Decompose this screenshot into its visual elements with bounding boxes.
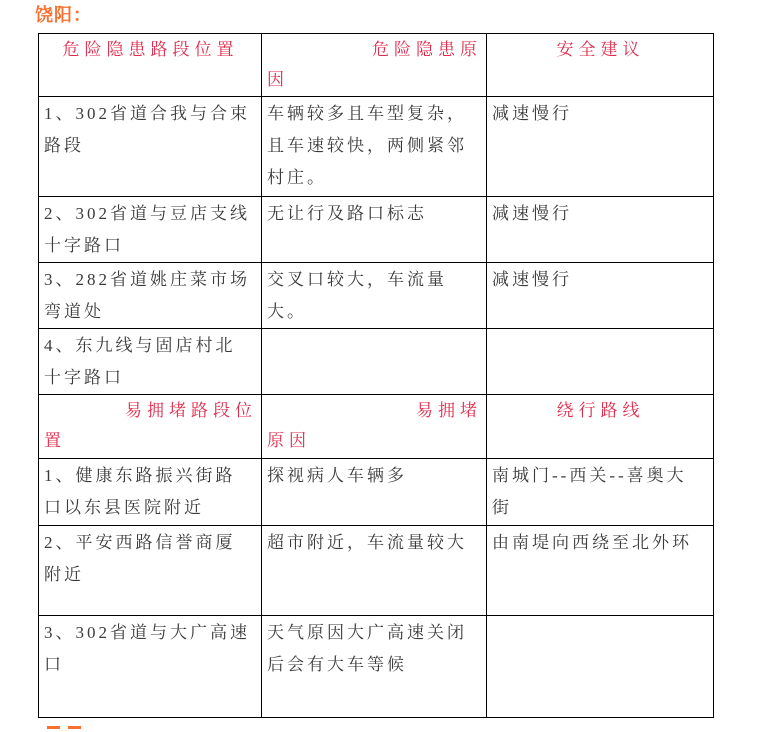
- cause-cell: [262, 329, 487, 395]
- cell-text: 1、健康东路振兴街路: [44, 460, 257, 492]
- congestion-header-row: 易拥堵路段位 置 易拥堵 原因 绕行路线: [39, 395, 714, 459]
- cell-text: 后会有大车等候: [267, 649, 482, 681]
- cell-text: 1、302省道合我与合束: [44, 98, 257, 130]
- congestion-location-header-cell: 易拥堵路段位 置: [39, 395, 262, 459]
- cell-text: 超市附近，车流量较大: [267, 527, 482, 559]
- location-cell: 1、302省道合我与合束 路段: [39, 97, 262, 197]
- location-cell: 3、282省道姚庄菜市场 弯道处: [39, 263, 262, 329]
- table-row: 2、平安西路信誉商厦 附近 超市附近，车流量较大 由南堤向西绕至北外环: [39, 526, 714, 616]
- cause-cell: 交叉口较大，车流量 大。: [262, 263, 487, 329]
- header-text: 因: [267, 65, 482, 95]
- cell-text: 车辆较多且车型复杂，: [267, 98, 482, 130]
- cell-text: 由南堤向西绕至北外环: [492, 527, 709, 559]
- cell-text: 大。: [267, 296, 482, 328]
- cell-text: 无让行及路口标志: [267, 198, 482, 230]
- table-row: 1、302省道合我与合束 路段 车辆较多且车型复杂， 且车速较快，两侧紧邻 村庄…: [39, 97, 714, 197]
- cell-text: 交叉口较大，车流量: [267, 264, 482, 296]
- page-title: 饶阳：: [35, 5, 92, 27]
- header-text: 危险隐患原: [267, 35, 482, 65]
- location-cell: 3、302省道与大广高速 口: [39, 616, 262, 718]
- cell-text: 村庄。: [267, 162, 482, 194]
- cell-text: 且车速较快，两侧紧邻: [267, 130, 482, 162]
- cell-text: 路段: [44, 130, 257, 162]
- cell-text: 弯道处: [44, 296, 257, 328]
- header-text: 置: [44, 426, 257, 456]
- next-heading-partial-stroke: [47, 726, 60, 729]
- cell-text: 街: [492, 492, 709, 524]
- location-cell: 2、平安西路信誉商厦 附近: [39, 526, 262, 616]
- header-text: 安全建议: [492, 35, 709, 65]
- advice-cell: 减速慢行: [487, 197, 714, 263]
- detour-cell: 由南堤向西绕至北外环: [487, 526, 714, 616]
- header-text: 危险隐患路段位置: [44, 35, 257, 65]
- table-row: 3、282省道姚庄菜市场 弯道处 交叉口较大，车流量 大。 减速慢行: [39, 263, 714, 329]
- cause-cell: 无让行及路口标志: [262, 197, 487, 263]
- cell-text: 2、平安西路信誉商厦: [44, 527, 257, 559]
- advice-cell: [487, 329, 714, 395]
- cell-text: 减速慢行: [492, 98, 709, 130]
- cell-text: 十字路口: [44, 230, 257, 262]
- table-row: 1、健康东路振兴街路 口以东县医院附近 探视病人车辆多 南城门--西关--喜奥大…: [39, 459, 714, 526]
- header-text: 易拥堵: [267, 396, 482, 426]
- hazard-location-header-cell: 危险隐患路段位置: [39, 34, 262, 97]
- cause-cell: 车辆较多且车型复杂， 且车速较快，两侧紧邻 村庄。: [262, 97, 487, 197]
- detour-route-header-cell: 绕行路线: [487, 395, 714, 459]
- cell-text: 口: [44, 649, 257, 681]
- advice-cell: 减速慢行: [487, 263, 714, 329]
- cell-text: 探视病人车辆多: [267, 460, 482, 492]
- detour-cell: 南城门--西关--喜奥大 街: [487, 459, 714, 526]
- cell-text: 3、302省道与大广高速: [44, 617, 257, 649]
- cell-text: 2、302省道与豆店支线: [44, 198, 257, 230]
- congestion-cause-header-cell: 易拥堵 原因: [262, 395, 487, 459]
- location-cell: 2、302省道与豆店支线 十字路口: [39, 197, 262, 263]
- table-row: 4、东九线与固店村北 十字路口: [39, 329, 714, 395]
- cause-cell: 超市附近，车流量较大: [262, 526, 487, 616]
- cell-text: 附近: [44, 559, 257, 591]
- hazard-cause-header-cell: 危险隐患原 因: [262, 34, 487, 97]
- advice-cell: 减速慢行: [487, 97, 714, 197]
- road-safety-table: 危险隐患路段位置 危险隐患原 因 安全建议 1、302省道合我与合束 路段 车辆…: [38, 33, 714, 718]
- cell-text: 3、282省道姚庄菜市场: [44, 264, 257, 296]
- cell-text: 十字路口: [44, 362, 257, 394]
- cell-text: 4、东九线与固店村北: [44, 330, 257, 362]
- detour-cell: [487, 616, 714, 718]
- header-text: 易拥堵路段位: [44, 396, 257, 426]
- cell-text: 减速慢行: [492, 198, 709, 230]
- next-heading-partial-stroke: [68, 726, 81, 729]
- hazard-header-row: 危险隐患路段位置 危险隐患原 因 安全建议: [39, 34, 714, 97]
- header-text: 绕行路线: [492, 396, 709, 426]
- table-row: 3、302省道与大广高速 口 天气原因大广高速关闭 后会有大车等候: [39, 616, 714, 718]
- location-cell: 1、健康东路振兴街路 口以东县医院附近: [39, 459, 262, 526]
- cell-text: 口以东县医院附近: [44, 492, 257, 524]
- cell-text: 减速慢行: [492, 264, 709, 296]
- safety-advice-header-cell: 安全建议: [487, 34, 714, 97]
- header-text: 原因: [267, 426, 482, 456]
- table-row: 2、302省道与豆店支线 十字路口 无让行及路口标志 减速慢行: [39, 197, 714, 263]
- location-cell: 4、东九线与固店村北 十字路口: [39, 329, 262, 395]
- cell-text: 南城门--西关--喜奥大: [492, 460, 709, 492]
- cause-cell: 天气原因大广高速关闭 后会有大车等候: [262, 616, 487, 718]
- cell-text: 天气原因大广高速关闭: [267, 617, 482, 649]
- cause-cell: 探视病人车辆多: [262, 459, 487, 526]
